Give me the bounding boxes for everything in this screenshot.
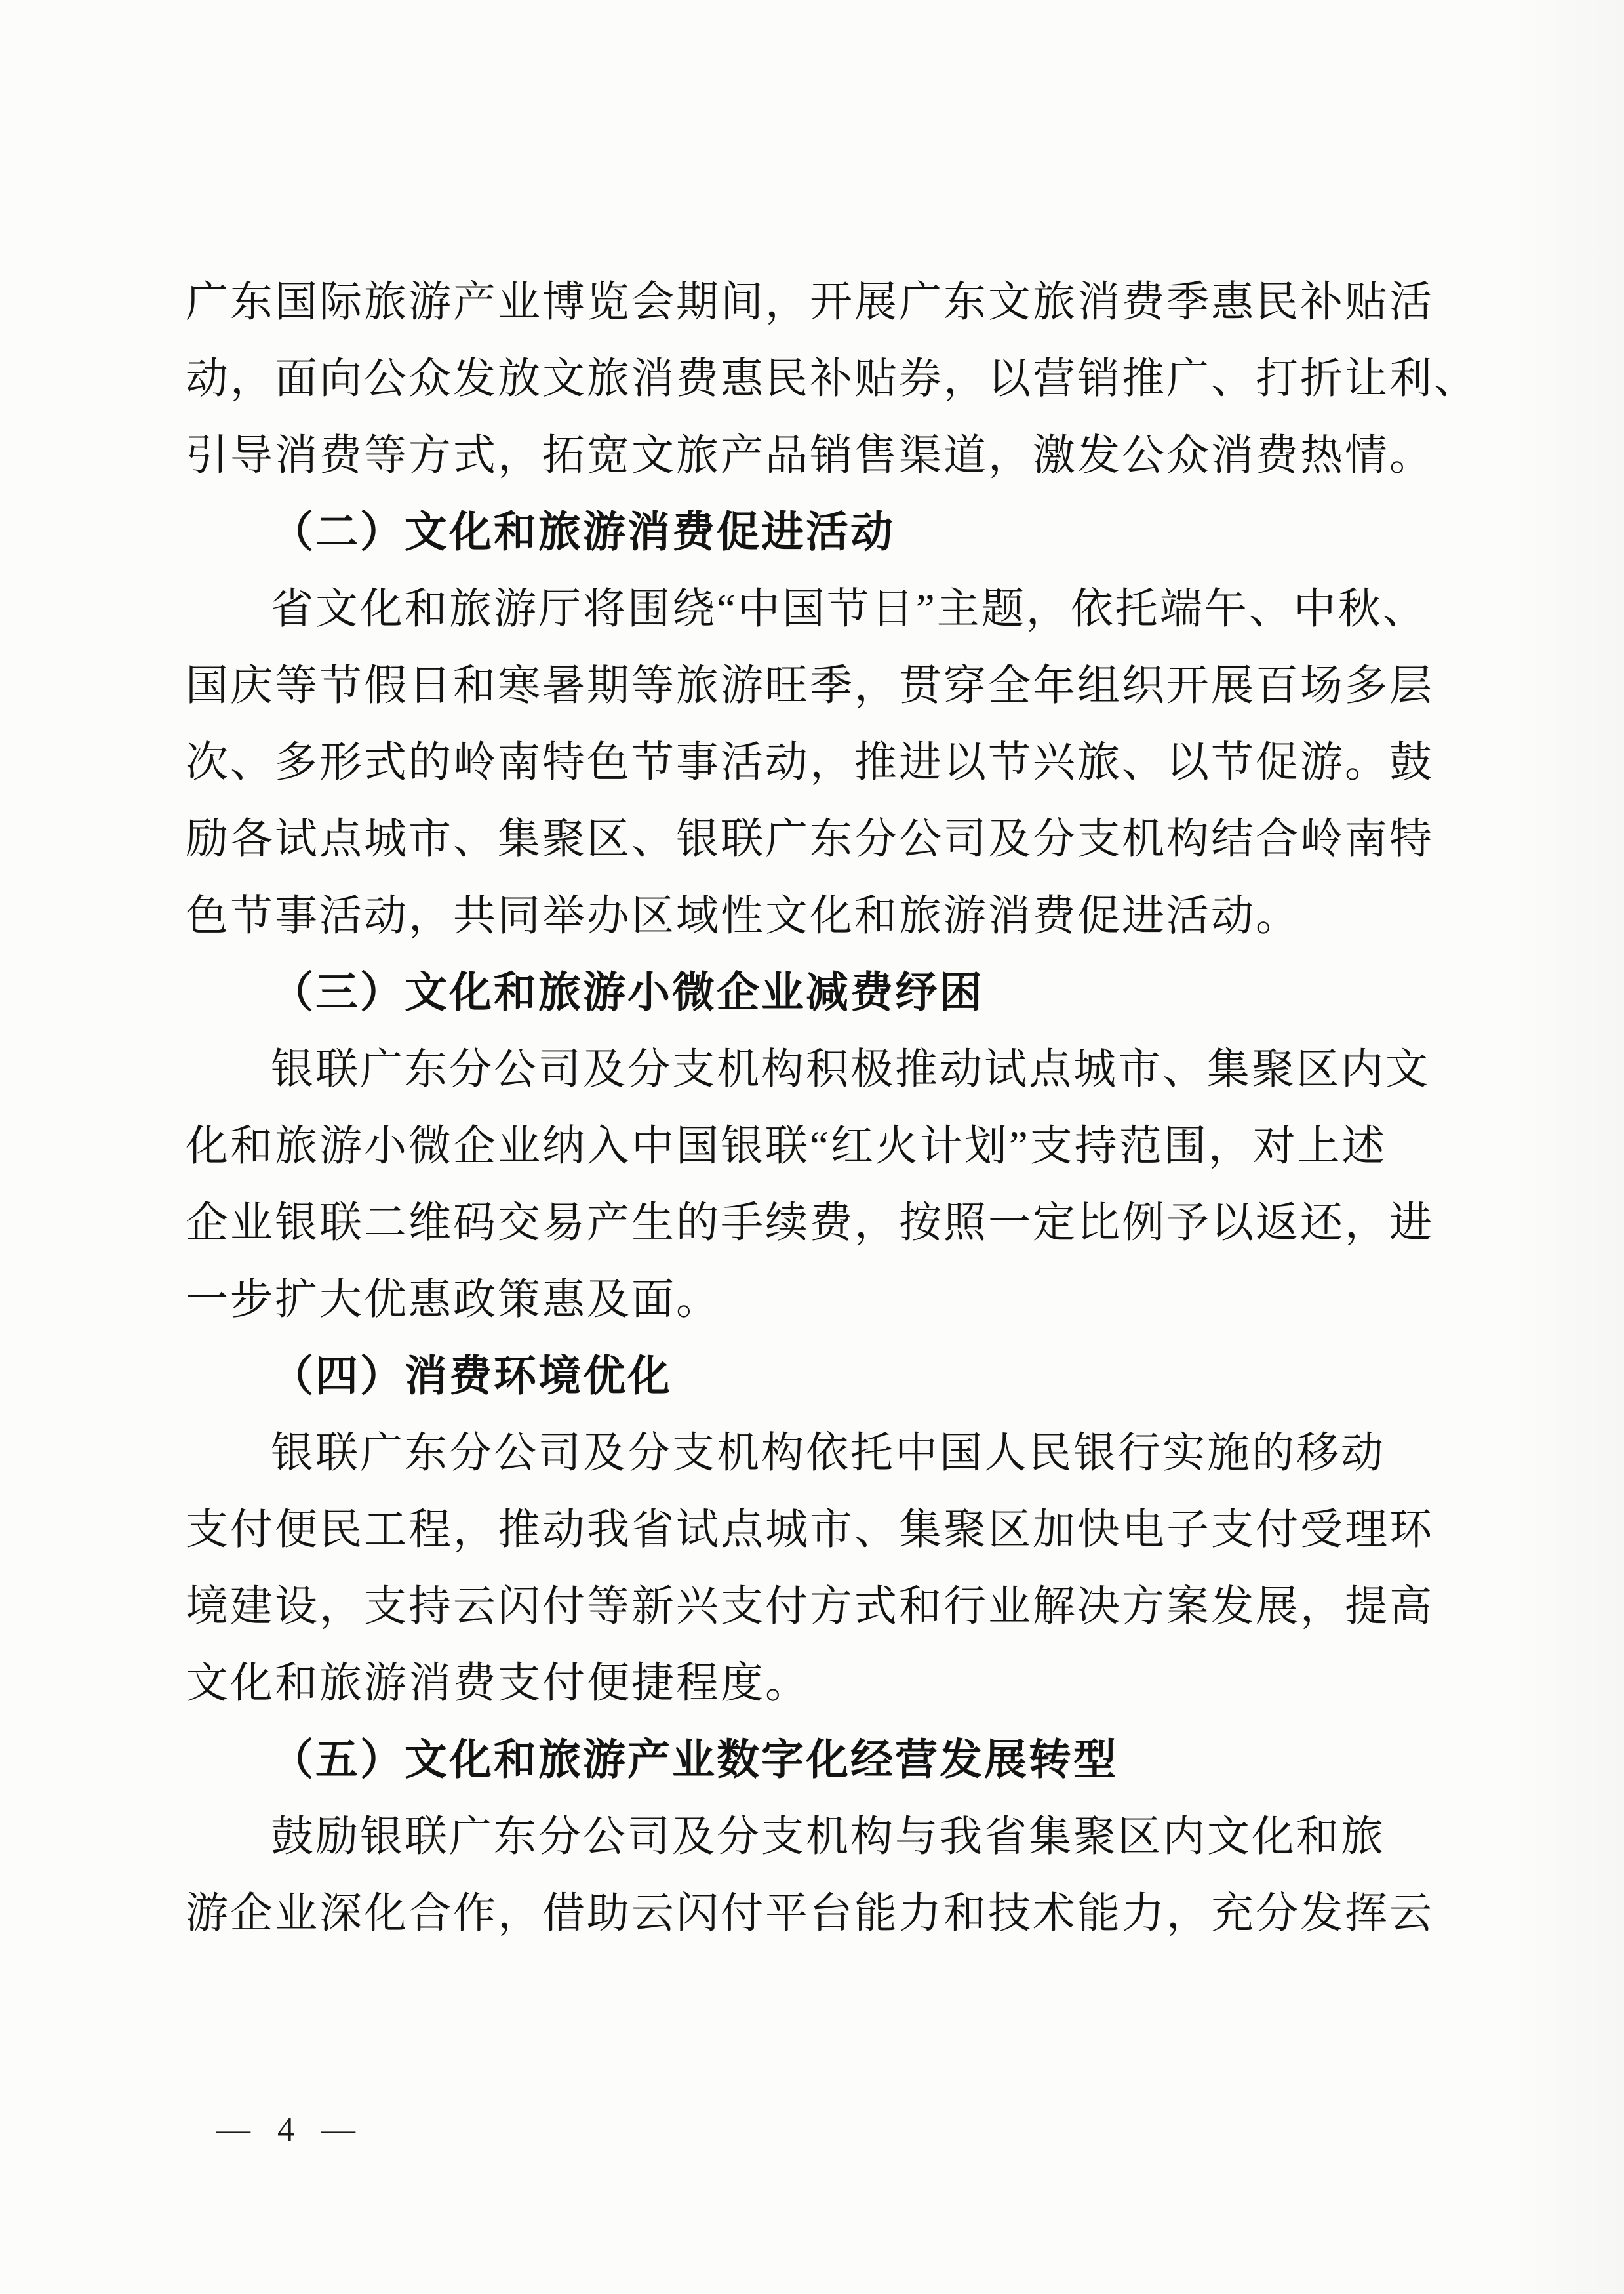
text-line: 省文化和旅游厅将围绕“中国节日”主题，依托端午、中秋、 [186, 571, 1435, 648]
text-line: 文化和旅游消费支付便捷程度。 [186, 1645, 1435, 1722]
text-line: （三）文化和旅游小微企业减费纾困 [186, 955, 1435, 1032]
text-line: 游企业深化合作，借助云闪付平台能力和技术能力，充分发挥云 [186, 1876, 1435, 1952]
text-line: 境建设，支持云闪付等新兴支付方式和行业解决方案发展，提高 [186, 1569, 1435, 1645]
text-line: 一步扩大优惠政策惠及面。 [186, 1262, 1435, 1338]
text-line: 企业银联二维码交易产生的手续费，按照一定比例予以返还，进 [186, 1185, 1435, 1262]
text-line: 励各试点城市、集聚区、银联广东分公司及分支机构结合岭南特 [186, 801, 1435, 878]
document-text-area: 广东国际旅游产业博览会期间，开展广东文旅消费季惠民补贴活动，面向公众发放文旅消费… [186, 264, 1435, 1952]
text-line: （五）文化和旅游产业数字化经营发展转型 [186, 1722, 1435, 1799]
text-line: 支付便民工程，推动我省试点城市、集聚区加快电子支付受理环 [186, 1492, 1435, 1569]
text-line: 广东国际旅游产业博览会期间，开展广东文旅消费季惠民补贴活 [186, 264, 1435, 341]
text-line: 引导消费等方式，拓宽文旅产品销售渠道，激发公众消费热情。 [186, 418, 1435, 494]
text-line: 国庆等节假日和寒暑期等旅游旺季，贯穿全年组织开展百场多层 [186, 648, 1435, 725]
text-line: 银联广东分公司及分支机构依托中国人民银行实施的移动 [186, 1415, 1435, 1492]
text-line: 次、多形式的岭南特色节事活动，推进以节兴旅、以节促游。鼓 [186, 725, 1435, 801]
text-line: 银联广东分公司及分支机构积极推动试点城市、集聚区内文 [186, 1032, 1435, 1108]
text-line: 化和旅游小微企业纳入中国银联“红火计划”支持范围，对上述 [186, 1108, 1435, 1185]
text-line: （二）文化和旅游消费促进活动 [186, 494, 1435, 571]
text-line: 鼓励银联广东分公司及分支机构与我省集聚区内文化和旅 [186, 1799, 1435, 1876]
text-line: 色节事活动，共同举办区域性文化和旅游消费促进活动。 [186, 878, 1435, 955]
page-number: — 4 — [216, 2110, 365, 2149]
text-line: （四）消费环境优化 [186, 1338, 1435, 1415]
document-page: 广东国际旅游产业博览会期间，开展广东文旅消费季惠民补贴活动，面向公众发放文旅消费… [0, 0, 1624, 2294]
text-line: 动，面向公众发放文旅消费惠民补贴券，以营销推广、打折让利、 [186, 341, 1435, 418]
